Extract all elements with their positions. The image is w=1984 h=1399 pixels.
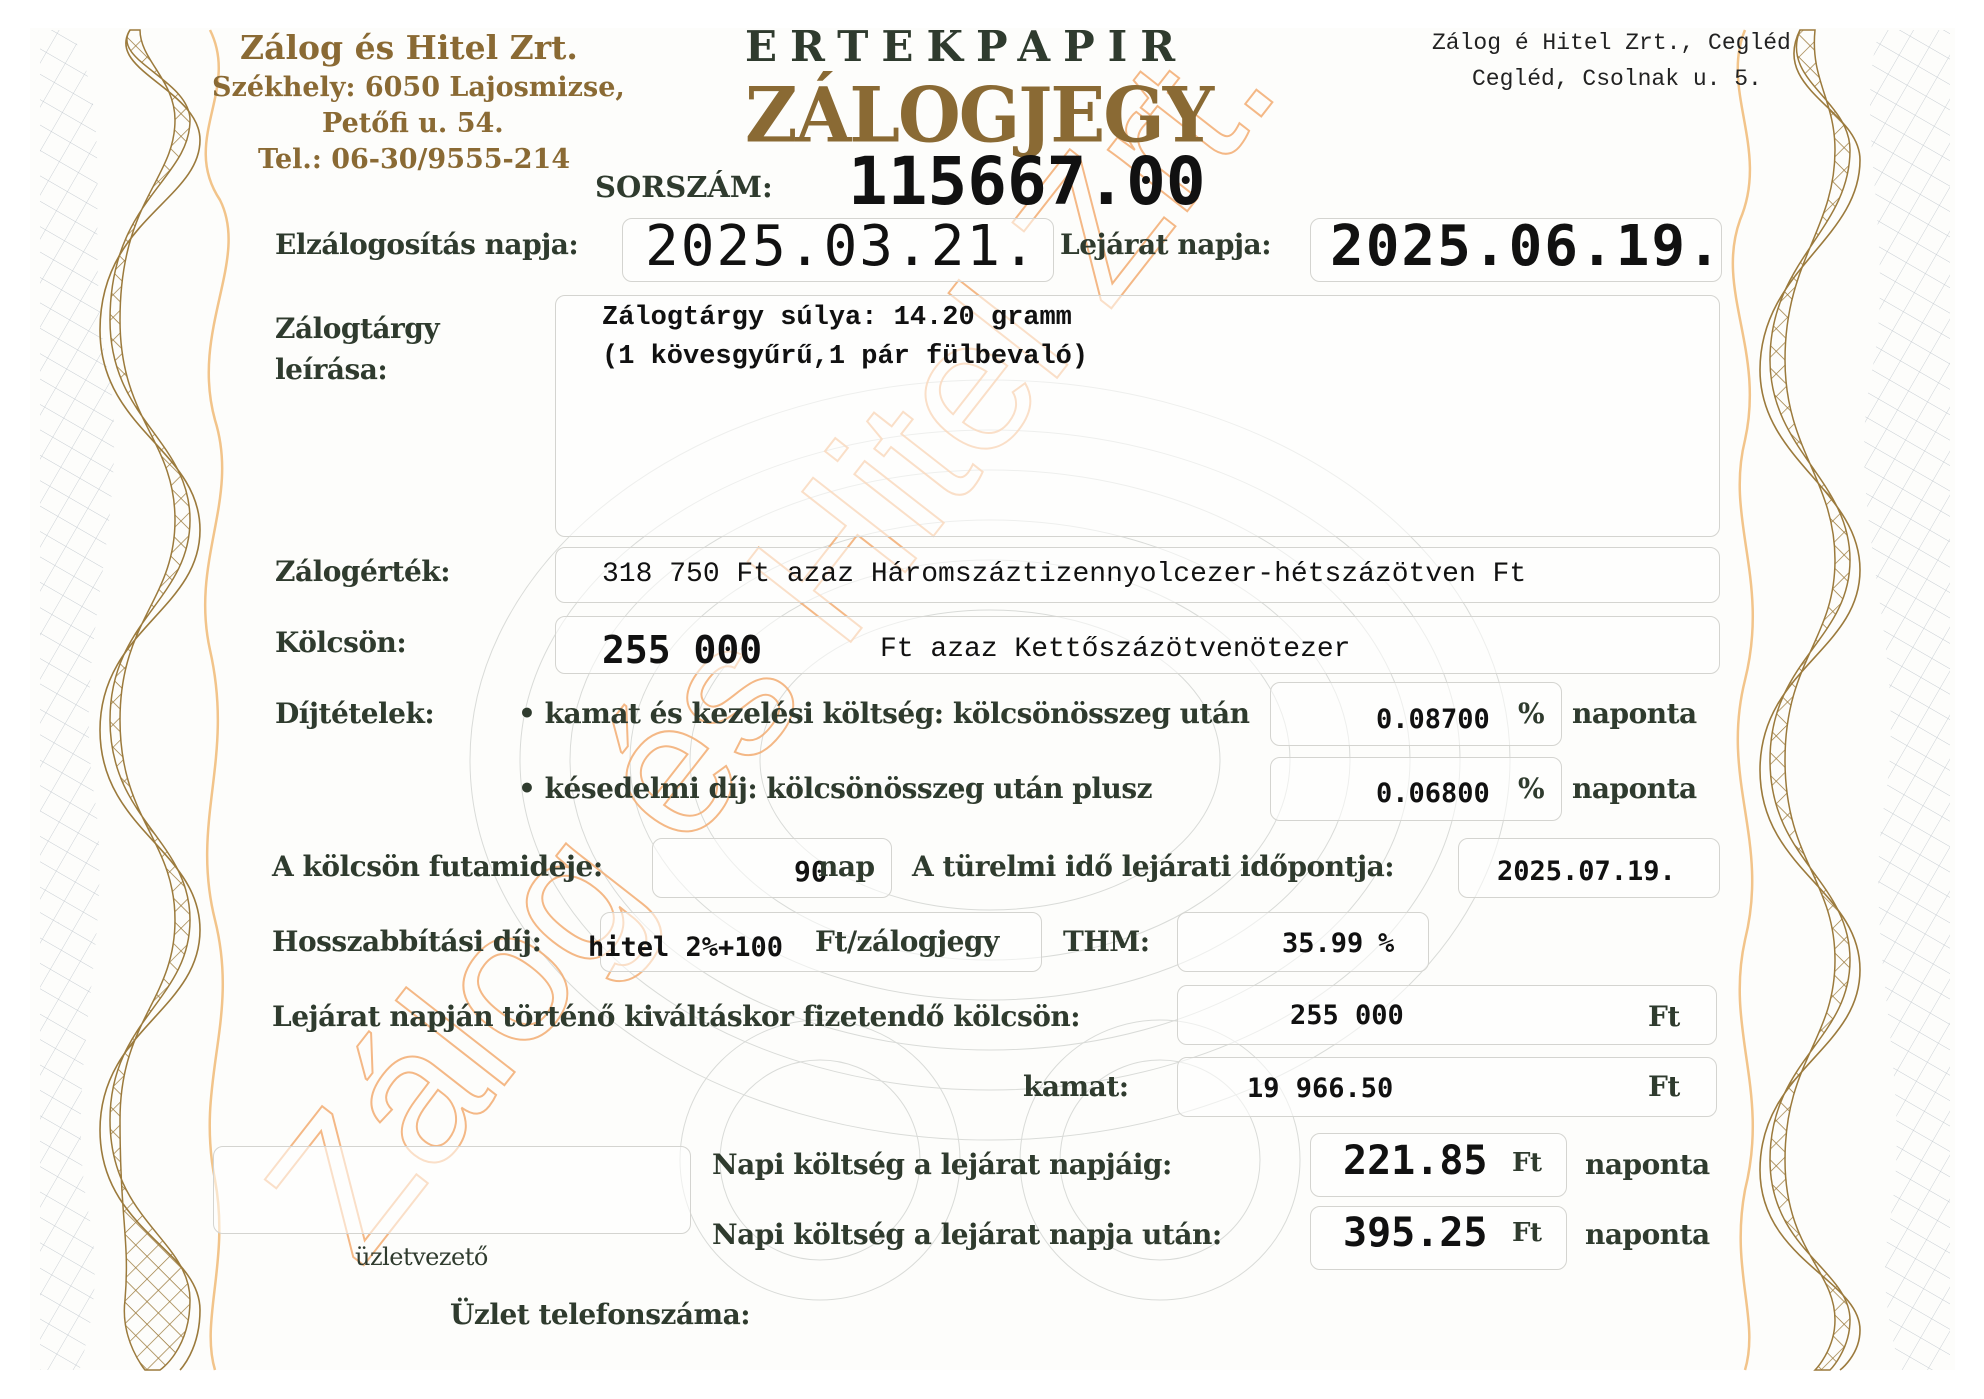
fee-late-value: 0.06800 [1376,778,1490,809]
grace-date-value: 2025.07.19. [1497,856,1676,887]
manager-signature-field [213,1146,691,1234]
extension-fee-value: hitel 2%+100 [588,932,783,963]
daily-cost-after-label: Napi költség a lejárat napja után: [712,1218,1222,1251]
pledge-value-text: 318 750 Ft azaz Háromszáztizennyolcezer-… [602,559,1526,590]
branch-line-1: Zálog é Hitel Zrt., Cegléd [1432,30,1791,56]
loan-label: Kölcsön: [275,626,406,659]
item-description-line-1: Zálogtárgy súlya: 14.20 gramm [602,303,1072,333]
fee-late-text: • késedelmi díj: kölcsönösszeg után plus… [518,772,1152,805]
term-unit: nap [818,850,875,883]
branch-line-2: Cegléd, Csolnak u. 5. [1472,66,1762,92]
redemption-interest-label: kamat: [1023,1070,1129,1103]
serial-number: 115667.00 [848,143,1206,220]
fee-interest-value: 0.08700 [1376,704,1490,735]
daily-cost-after-unit: Ft [1512,1218,1541,1248]
grace-date-label: A türelmi idő lejárati időpontja: [912,850,1394,883]
daily-cost-until-value: 221.85 [1343,1138,1488,1184]
item-label-line-2: leírása: [275,353,387,386]
apr-value: 35.99 [1282,928,1363,959]
pledge-date-label: Elzálogosítás napja: [275,228,578,261]
extension-fee-unit: Ft/zálogjegy [815,925,999,958]
extension-fee-label: Hosszabbítási díj: [272,925,541,958]
issuer-phone: Tel.: 06-30/9555-214 [258,144,570,175]
daily-cost-after-value: 395.25 [1343,1210,1488,1256]
shop-phone-label: Üzlet telefonszáma: [450,1298,750,1331]
item-description-line-2: (1 kövesgyűrű,1 pár fülbevaló) [602,342,1088,372]
redemption-interest-unit: Ft [1648,1070,1680,1103]
fee-late-unit: % [1518,772,1544,805]
issuer-street: Petőfi u. 54. [322,108,504,139]
daily-cost-until-suffix: naponta [1585,1148,1710,1181]
daily-cost-until-label: Napi költség a lejárat napjáig: [712,1148,1172,1181]
redemption-loan-value: 255 000 [1290,1000,1404,1031]
expiry-date-value: 2025.06.19. [1330,214,1723,279]
pledge-value-label: Zálogérték: [275,555,450,588]
fees-label: Díjtételek: [275,697,434,730]
loan-amount: 255 000 [602,628,762,672]
fee-interest-suffix: naponta [1572,697,1697,730]
apr-label: THM: [1063,925,1150,958]
redemption-loan-label: Lejárat napján történő kiváltáskor fizet… [272,1000,1080,1033]
redemption-interest-value: 19 966.50 [1247,1073,1393,1104]
fee-late-suffix: naponta [1572,772,1697,805]
loan-amount-words: Ft azaz Kettőszázötvenötezer [880,634,1350,665]
redemption-loan-unit: Ft [1648,1000,1680,1033]
term-label: A kölcsön futamideje: [272,850,603,883]
item-label-line-1: Zálogtárgy [275,312,439,345]
apr-unit: % [1378,928,1394,959]
document-supertitle: ERTEKPAPIR [745,22,1188,71]
redemption-loan-field [1177,985,1717,1045]
expiry-date-label: Lejárat napja: [1060,228,1271,261]
daily-cost-after-suffix: naponta [1585,1218,1710,1251]
daily-cost-until-unit: Ft [1512,1148,1541,1178]
issuer-seat: Székhely: 6050 Lajosmizse, [212,72,625,103]
pledge-date-value: 2025.03.21. [645,214,1038,279]
fee-interest-unit: % [1518,697,1544,730]
serial-label: SORSZÁM: [595,170,773,204]
fee-interest-text: • kamat és kezelési költség: kölcsönössz… [518,697,1249,730]
manager-label: üzletvezető [355,1243,488,1271]
issuer-name: Zálog és Hitel Zrt. [240,28,578,67]
